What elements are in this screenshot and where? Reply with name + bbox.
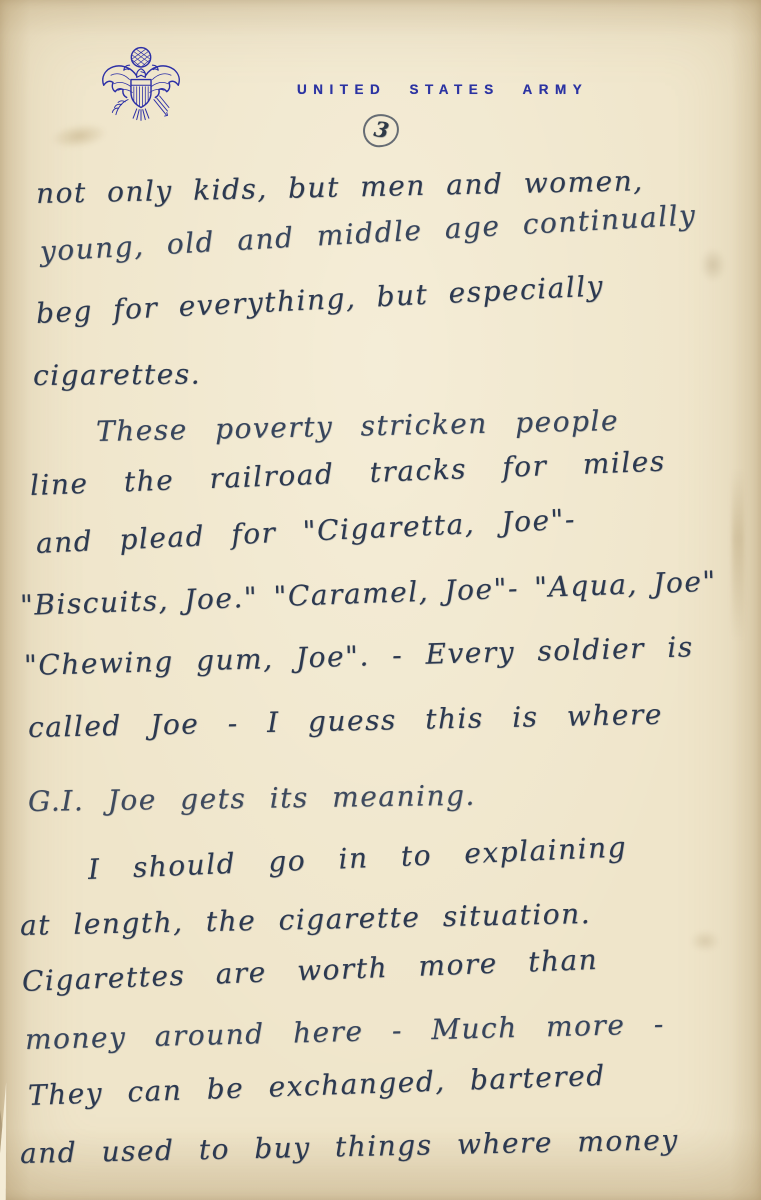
handwritten-line: "Biscuits, Joe." "Caramel, Joe"- "Aqua, … bbox=[20, 568, 718, 620]
handwritten-line: and used to buy things where money bbox=[20, 1126, 679, 1168]
handwritten-line: called Joe - I guess this is where bbox=[28, 701, 663, 742]
handwritten-line: I should go in to explaining bbox=[87, 833, 627, 884]
handwritten-line: young, old and middle age continually bbox=[39, 201, 697, 266]
handwritten-line: cigarettes. bbox=[33, 361, 201, 390]
handwritten-line: line the railroad tracks for miles bbox=[29, 448, 666, 500]
handwritten-line: Cigarettes are worth more than bbox=[21, 946, 598, 996]
handwritten-line: These poverty stricken people bbox=[96, 407, 620, 446]
handwritten-line: G.I. Joe gets its meaning. bbox=[28, 782, 476, 816]
handwritten-line: not only kids, but men and women, bbox=[36, 167, 644, 208]
handwritten-line: "Chewing gum, Joe". - Every soldier is bbox=[24, 633, 694, 680]
handwritten-line: and plead for "Cigaretta, Joe"- bbox=[35, 506, 576, 558]
handwritten-line: money around here - Much more - bbox=[25, 1010, 665, 1054]
letter-body: not only kids, but men and women,young, … bbox=[0, 0, 761, 1200]
handwritten-line: They can be exchanged, bartered bbox=[28, 1062, 607, 1110]
handwritten-line: beg for everything, but especially bbox=[35, 272, 604, 328]
handwritten-line: at length, the cigarette situation. bbox=[20, 900, 592, 940]
letter-page: UNITED STATES ARMY 3 not only kids, but … bbox=[0, 0, 761, 1200]
